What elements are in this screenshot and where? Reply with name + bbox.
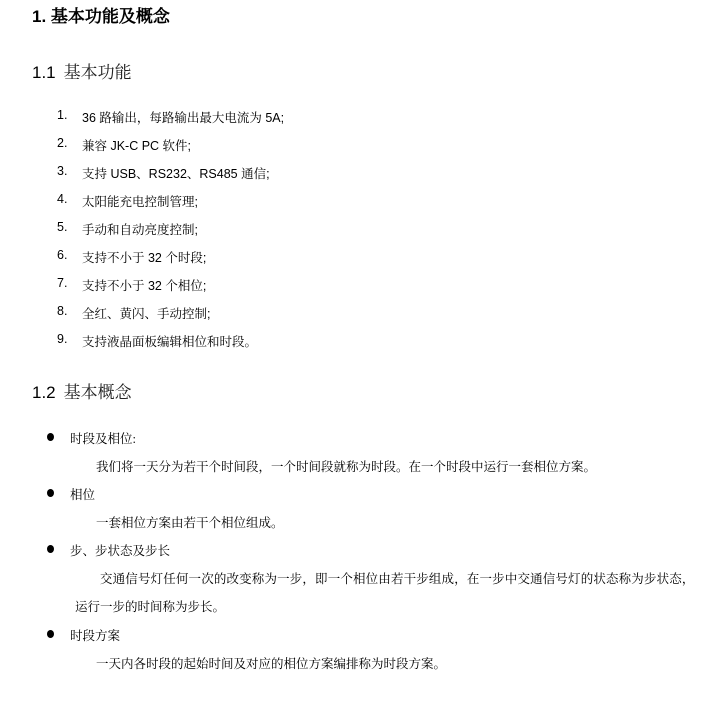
section-heading-basic-concepts: 1.2基本概念 bbox=[32, 378, 132, 403]
concept-title: 时段及相位: bbox=[70, 429, 136, 447]
concept-description: 我们将一天分为若干个时间段，一个时间段就称为时段。在一个时段中运行一套相位方案。 bbox=[96, 457, 596, 475]
concept-description-continued: 运行一步的时间称为步长。 bbox=[75, 597, 225, 615]
section-heading-basic-functions: 1.1基本功能 bbox=[32, 58, 132, 83]
section-title: 基本概念 bbox=[64, 383, 132, 402]
heading-1: 1. 基本功能及概念 bbox=[32, 2, 170, 27]
section-title: 基本功能 bbox=[64, 63, 132, 82]
concept-title: 相位 bbox=[70, 485, 95, 503]
section-number: 1.1 bbox=[32, 63, 56, 82]
section-number: 1.2 bbox=[32, 383, 56, 402]
concept-title: 时段方案 bbox=[70, 626, 120, 644]
bullet-icon bbox=[47, 545, 54, 553]
bullet-icon bbox=[47, 489, 54, 497]
concept-description: 交通信号灯任何一次的改变称为一步，即一个相位由若干步组成，在一步中交通信号灯的状… bbox=[100, 569, 695, 587]
bullet-icon bbox=[47, 433, 54, 441]
concept-description: 一套相位方案由若干个相位组成。 bbox=[96, 513, 284, 531]
bullet-icon bbox=[47, 630, 54, 638]
concept-title: 步、步状态及步长 bbox=[70, 541, 170, 559]
concept-description: 一天内各时段的起始时间及对应的相位方案编排称为时段方案。 bbox=[96, 654, 446, 672]
